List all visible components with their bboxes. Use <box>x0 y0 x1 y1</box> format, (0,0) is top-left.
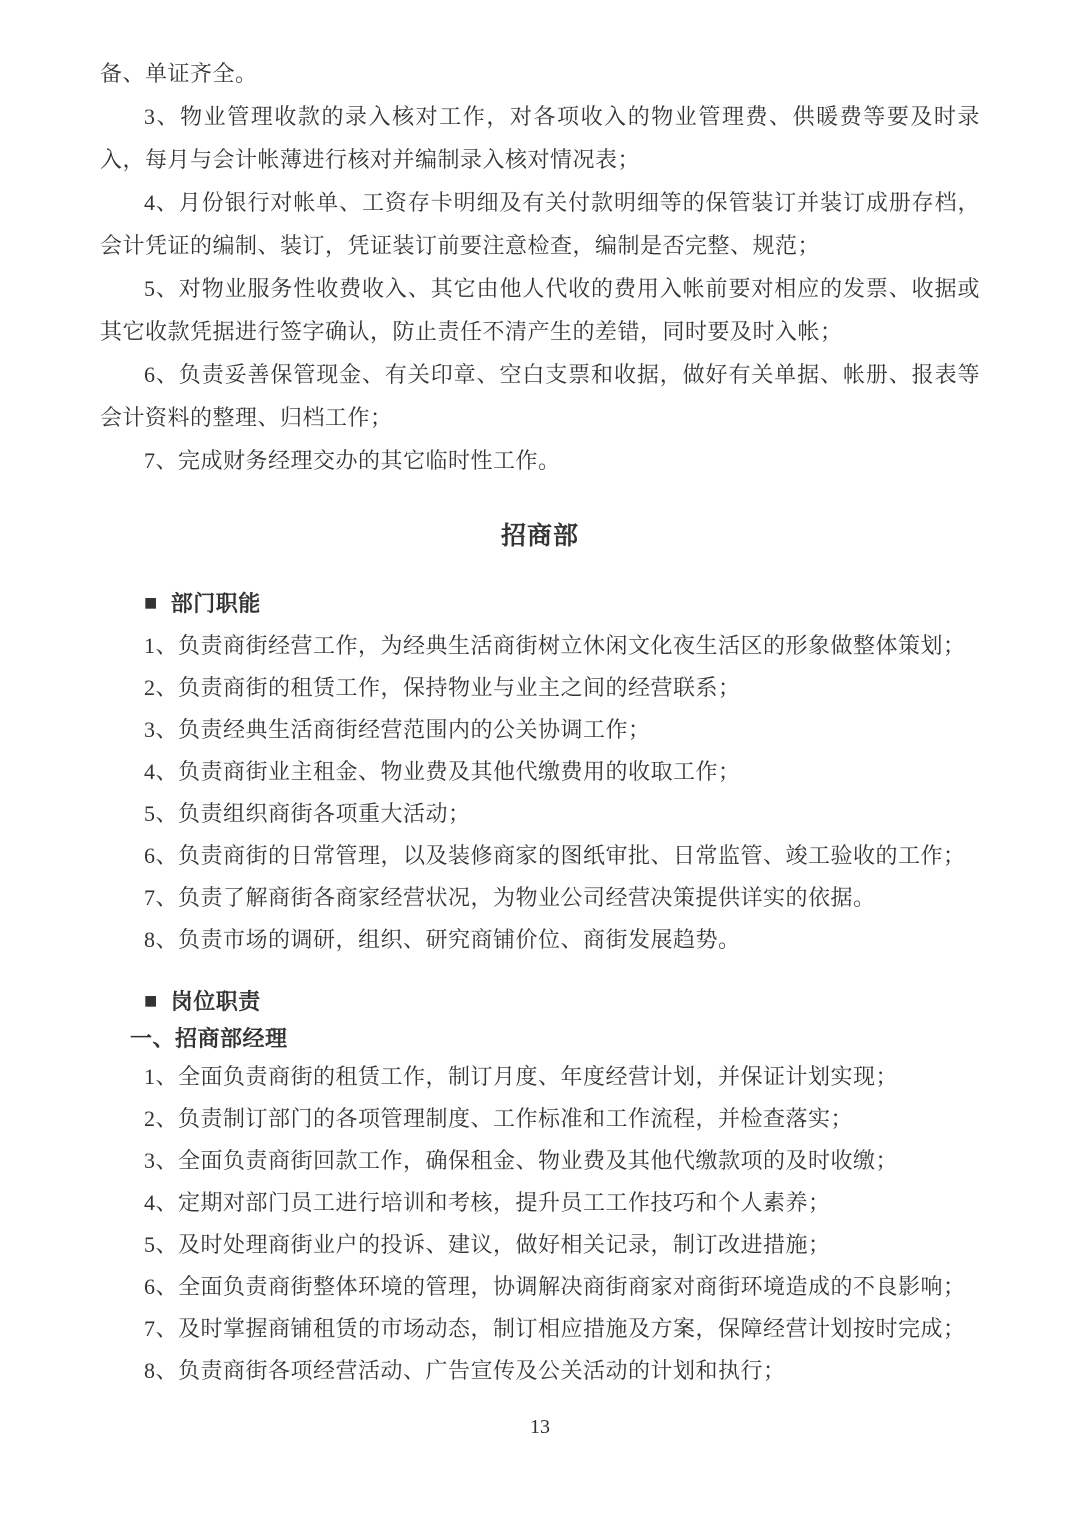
document-page: 备、单证齐全。 3、物业管理收款的录入核对工作，对各项收入的物业管理费、供暖费等… <box>0 0 1080 1527</box>
duty-item-2: 2、负责制订部门的各项管理制度、工作标准和工作流程，并检查落实； <box>100 1098 980 1140</box>
function-item-5: 5、负责组织商街各项重大活动； <box>100 793 980 835</box>
function-item-7: 7、负责了解商街各商家经营状况，为物业公司经营决策提供详实的依据。 <box>100 877 980 919</box>
role-title-merchants-manager: 一、招商部经理 <box>100 1021 980 1056</box>
finance-item-6: 6、负责妥善保管现金、有关印章、空白支票和收据，做好有关单据、帐册、报表等会计资… <box>100 353 980 439</box>
duty-item-7: 7、及时掌握商铺租赁的市场动态，制订相应措施及方案，保障经营计划按时完成； <box>100 1308 980 1350</box>
functions-list: 1、负责商街经营工作，为经典生活商街树立休闲文化夜生活区的形象做整体策划； 2、… <box>100 625 980 961</box>
functions-header: ■部门职能 <box>100 582 980 625</box>
square-bullet-icon: ■ <box>144 982 158 1020</box>
duty-item-8: 8、负责商街各项经营活动、广告宣传及公关活动的计划和执行； <box>100 1350 980 1392</box>
section-title-merchants-dept: 招商部 <box>100 515 980 558</box>
duty-item-4: 4、定期对部门员工进行培训和考核，提升员工工作技巧和个人素养； <box>100 1182 980 1224</box>
duty-item-1: 1、全面负责商街的租赁工作，制订月度、年度经营计划，并保证计划实现； <box>100 1056 980 1098</box>
duties-list: 1、全面负责商街的租赁工作，制订月度、年度经营计划，并保证计划实现； 2、负责制… <box>100 1056 980 1392</box>
duties-header-label: 岗位职责 <box>171 989 261 1014</box>
duty-item-6: 6、全面负责商街整体环境的管理，协调解决商街商家对商街环境造成的不良影响； <box>100 1266 980 1308</box>
function-item-2: 2、负责商街的租赁工作，保持物业与业主之间的经营联系； <box>100 667 980 709</box>
document-content: 备、单证齐全。 3、物业管理收款的录入核对工作，对各项收入的物业管理费、供暖费等… <box>100 52 980 1448</box>
duty-item-3: 3、全面负责商街回款工作，确保租金、物业费及其他代缴款项的及时收缴； <box>100 1140 980 1182</box>
finance-item-7: 7、完成财务经理交办的其它临时性工作。 <box>100 439 980 482</box>
page-number: 13 <box>100 1406 980 1448</box>
function-item-6: 6、负责商街的日常管理，以及装修商家的图纸审批、日常监管、竣工验收的工作； <box>100 835 980 877</box>
finance-item-4: 4、月份银行对帐单、工资存卡明细及有关付款明细等的保管装订并装订成册存档，会计凭… <box>100 181 980 267</box>
function-item-1: 1、负责商街经营工作，为经典生活商街树立休闲文化夜生活区的形象做整体策划； <box>100 625 980 667</box>
finance-continuation-line: 备、单证齐全。 <box>100 52 980 95</box>
finance-item-5: 5、对物业服务性收费收入、其它由他人代收的费用入帐前要对相应的发票、收据或其它收… <box>100 267 980 353</box>
finance-item-3: 3、物业管理收款的录入核对工作，对各项收入的物业管理费、供暖费等要及时录入，每月… <box>100 95 980 181</box>
duties-header: ■岗位职责 <box>100 983 980 1021</box>
function-item-3: 3、负责经典生活商街经营范围内的公关协调工作； <box>100 709 980 751</box>
square-bullet-icon: ■ <box>144 581 158 624</box>
function-item-8: 8、负责市场的调研，组织、研究商铺价位、商街发展趋势。 <box>100 919 980 961</box>
duty-item-5: 5、及时处理商街业户的投诉、建议，做好相关记录，制订改进措施； <box>100 1224 980 1266</box>
functions-header-label: 部门职能 <box>171 591 261 616</box>
function-item-4: 4、负责商街业主租金、物业费及其他代缴费用的收取工作； <box>100 751 980 793</box>
